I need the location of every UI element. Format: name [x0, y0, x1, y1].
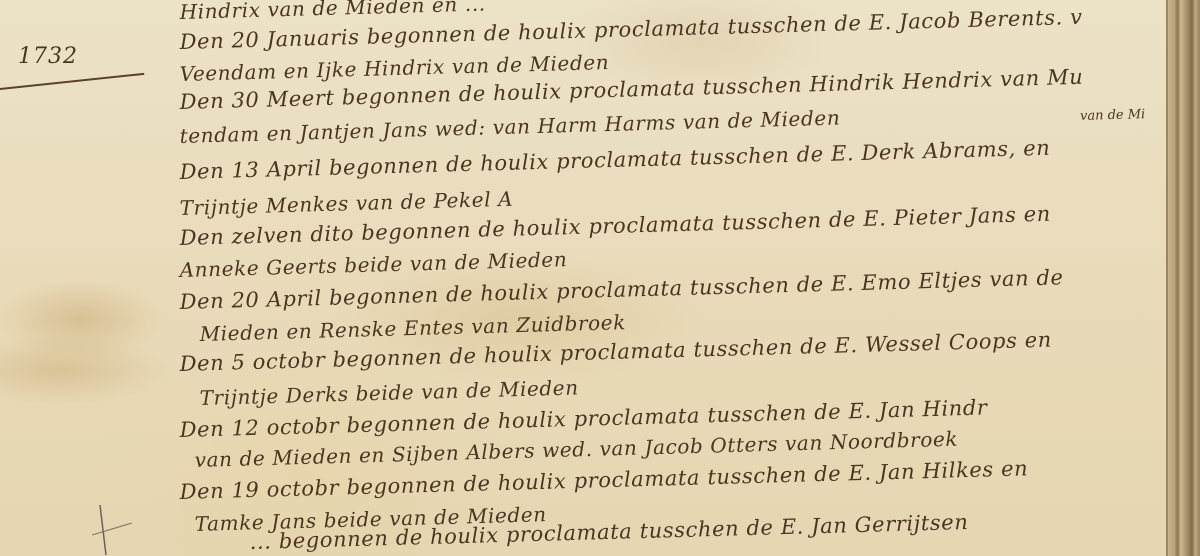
interlinear-annotation: van de Mi	[1080, 107, 1146, 124]
book-gutter	[1168, 0, 1200, 556]
margin-cross-mark-icon	[92, 505, 132, 555]
margin-year: 1732	[18, 44, 78, 69]
